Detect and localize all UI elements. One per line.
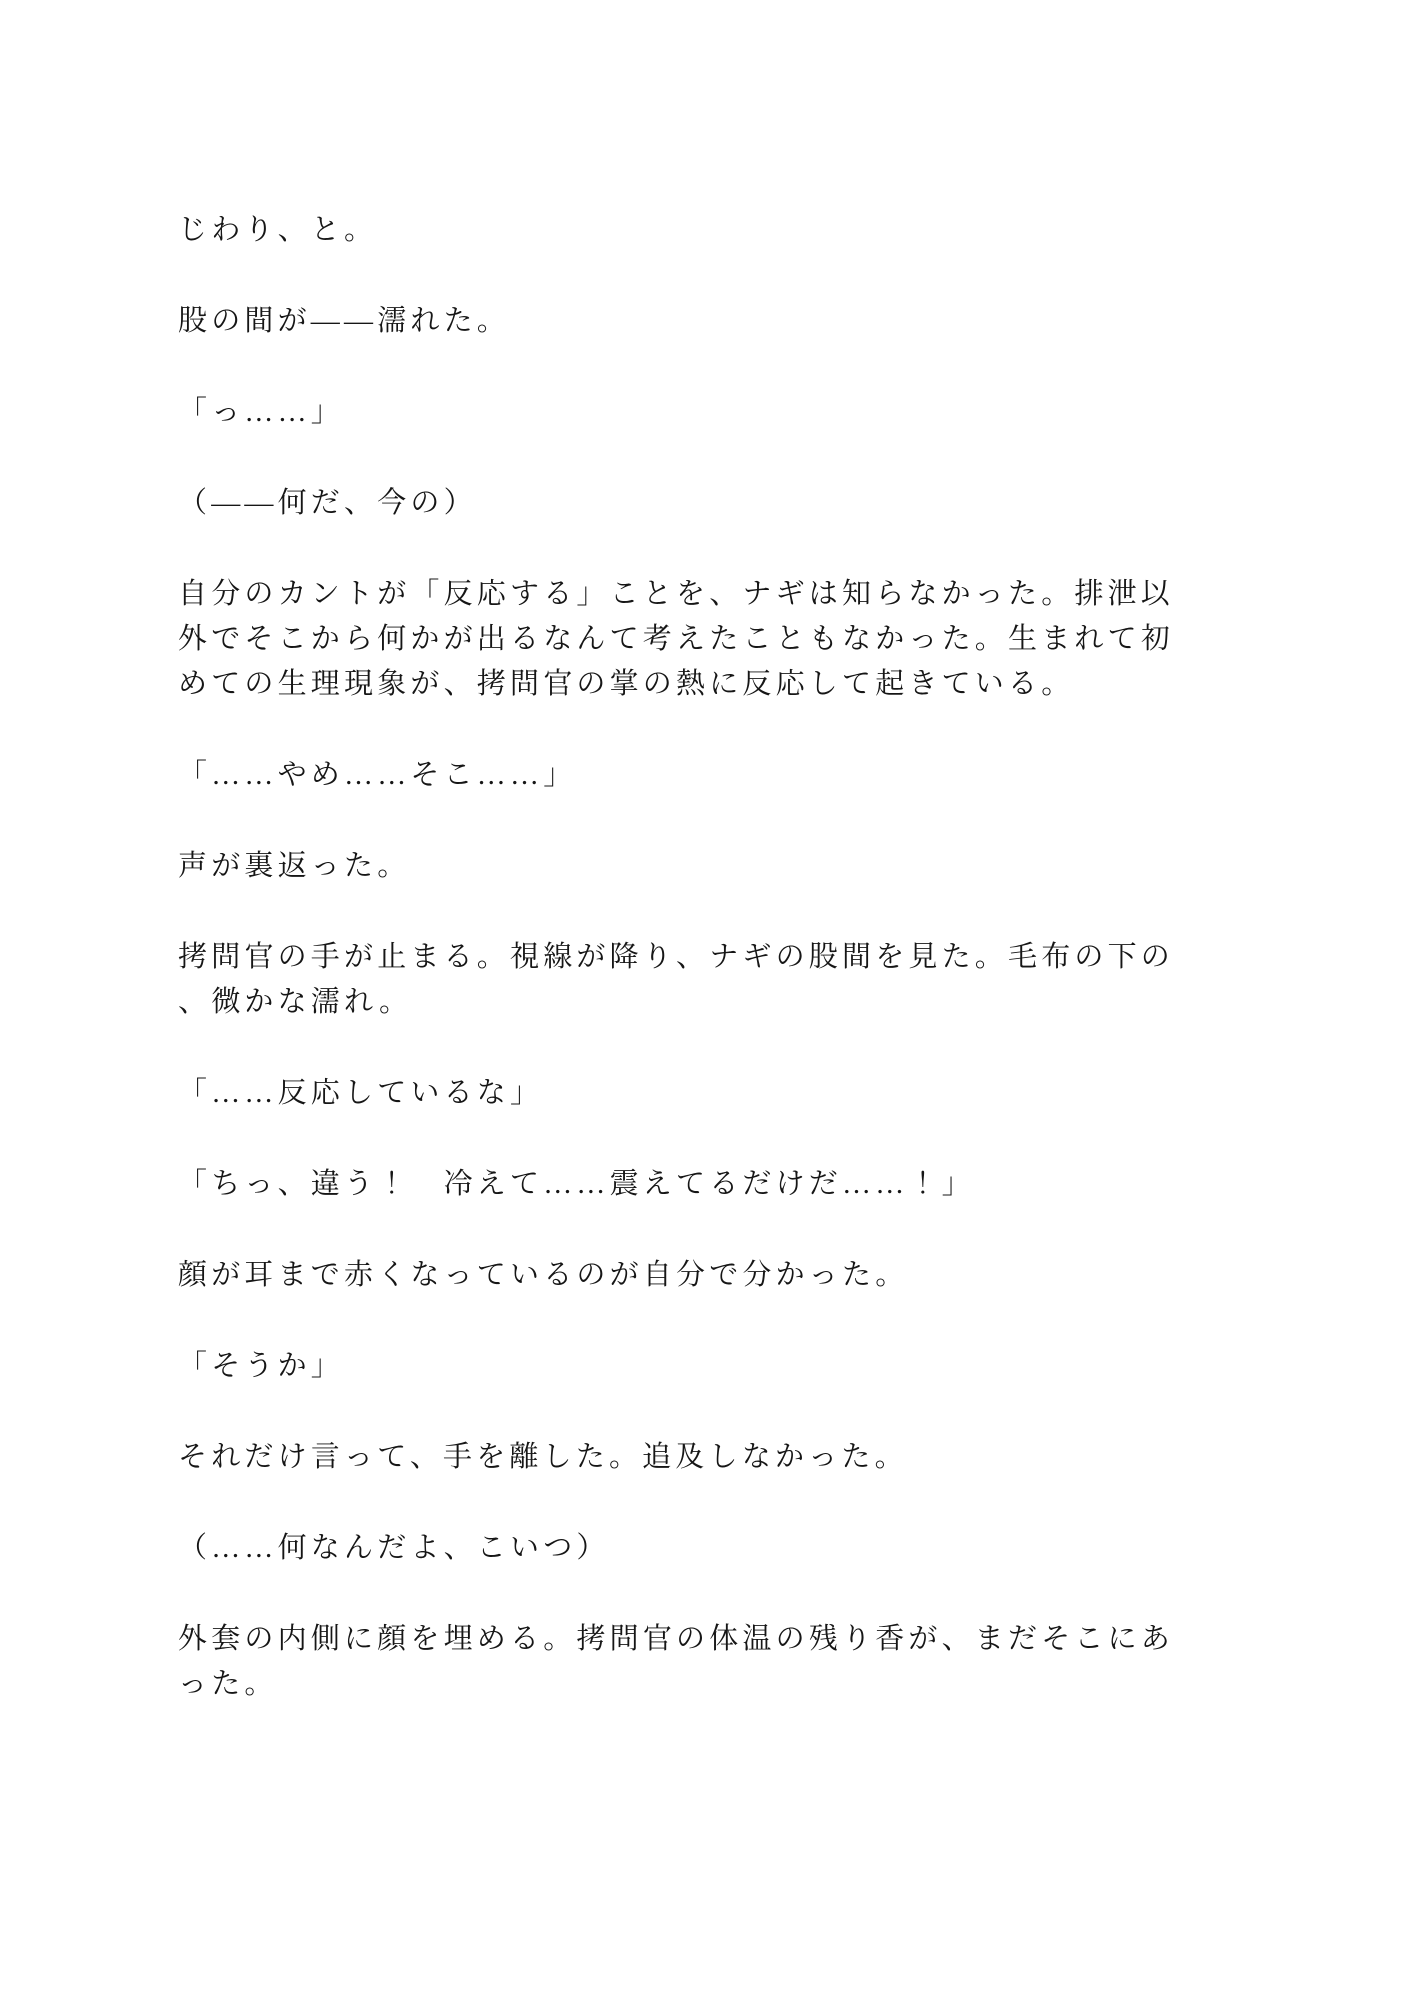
paragraph-4-inner-thought: （——何だ、今の） [178, 481, 1298, 526]
text-line: 拷問官の手が止まる。視線が降り、ナギの股間を見た。毛布の下の [178, 935, 1298, 980]
text-line: 、微かな濡れ。 [178, 980, 1298, 1025]
paragraph-1: じわり、と。 [178, 208, 1298, 253]
paragraph-12-dialogue: 「そうか」 [178, 1344, 1298, 1389]
text-line: 「ちっ、違う！ 冷えて……震えてるだけだ……！」 [178, 1162, 1298, 1207]
text-line: それだけ言って、手を離した。追及しなかった。 [178, 1435, 1298, 1480]
text-line: 「そうか」 [178, 1344, 1298, 1389]
paragraph-10-dialogue: 「ちっ、違う！ 冷えて……震えてるだけだ……！」 [178, 1162, 1298, 1207]
paragraph-3-dialogue: 「っ……」 [178, 390, 1298, 435]
paragraph-11: 顔が耳まで赤くなっているのが自分で分かった。 [178, 1253, 1298, 1298]
text-line: 外でそこから何かが出るなんて考えたこともなかった。生まれて初 [178, 617, 1298, 662]
paragraph-5: 自分のカントが「反応する」ことを、ナギは知らなかった。排泄以 外でそこから何かが… [178, 572, 1298, 707]
text-line: 「……やめ……そこ……」 [178, 753, 1298, 798]
text-line: 声が裏返った。 [178, 844, 1298, 889]
paragraph-7: 声が裏返った。 [178, 844, 1298, 889]
paragraph-13: それだけ言って、手を離した。追及しなかった。 [178, 1435, 1298, 1480]
text-line: （……何なんだよ、こいつ） [178, 1526, 1298, 1571]
paragraph-8: 拷問官の手が止まる。視線が降り、ナギの股間を見た。毛布の下の 、微かな濡れ。 [178, 935, 1298, 1025]
text-line: 外套の内側に顔を埋める。拷問官の体温の残り香が、まだそこにあ [178, 1617, 1298, 1662]
document-page: じわり、と。 股の間が——濡れた。 「っ……」 （——何だ、今の） 自分のカント… [0, 0, 1415, 2000]
text-line: 「……反応しているな」 [178, 1071, 1298, 1116]
paragraph-2: 股の間が——濡れた。 [178, 299, 1298, 344]
text-line: 顔が耳まで赤くなっているのが自分で分かった。 [178, 1253, 1298, 1298]
text-line: （——何だ、今の） [178, 481, 1298, 526]
text-line: 「っ……」 [178, 390, 1298, 435]
text-body: じわり、と。 股の間が——濡れた。 「っ……」 （——何だ、今の） 自分のカント… [178, 208, 1298, 1707]
text-line: 股の間が——濡れた。 [178, 299, 1298, 344]
paragraph-14-inner-thought: （……何なんだよ、こいつ） [178, 1526, 1298, 1571]
paragraph-6-dialogue: 「……やめ……そこ……」 [178, 753, 1298, 798]
text-line: めての生理現象が、拷問官の掌の熱に反応して起きている。 [178, 662, 1298, 707]
text-line: 自分のカントが「反応する」ことを、ナギは知らなかった。排泄以 [178, 572, 1298, 617]
text-line: じわり、と。 [178, 208, 1298, 253]
paragraph-9-dialogue: 「……反応しているな」 [178, 1071, 1298, 1116]
paragraph-15: 外套の内側に顔を埋める。拷問官の体温の残り香が、まだそこにあ った。 [178, 1617, 1298, 1707]
text-line: った。 [178, 1662, 1298, 1707]
